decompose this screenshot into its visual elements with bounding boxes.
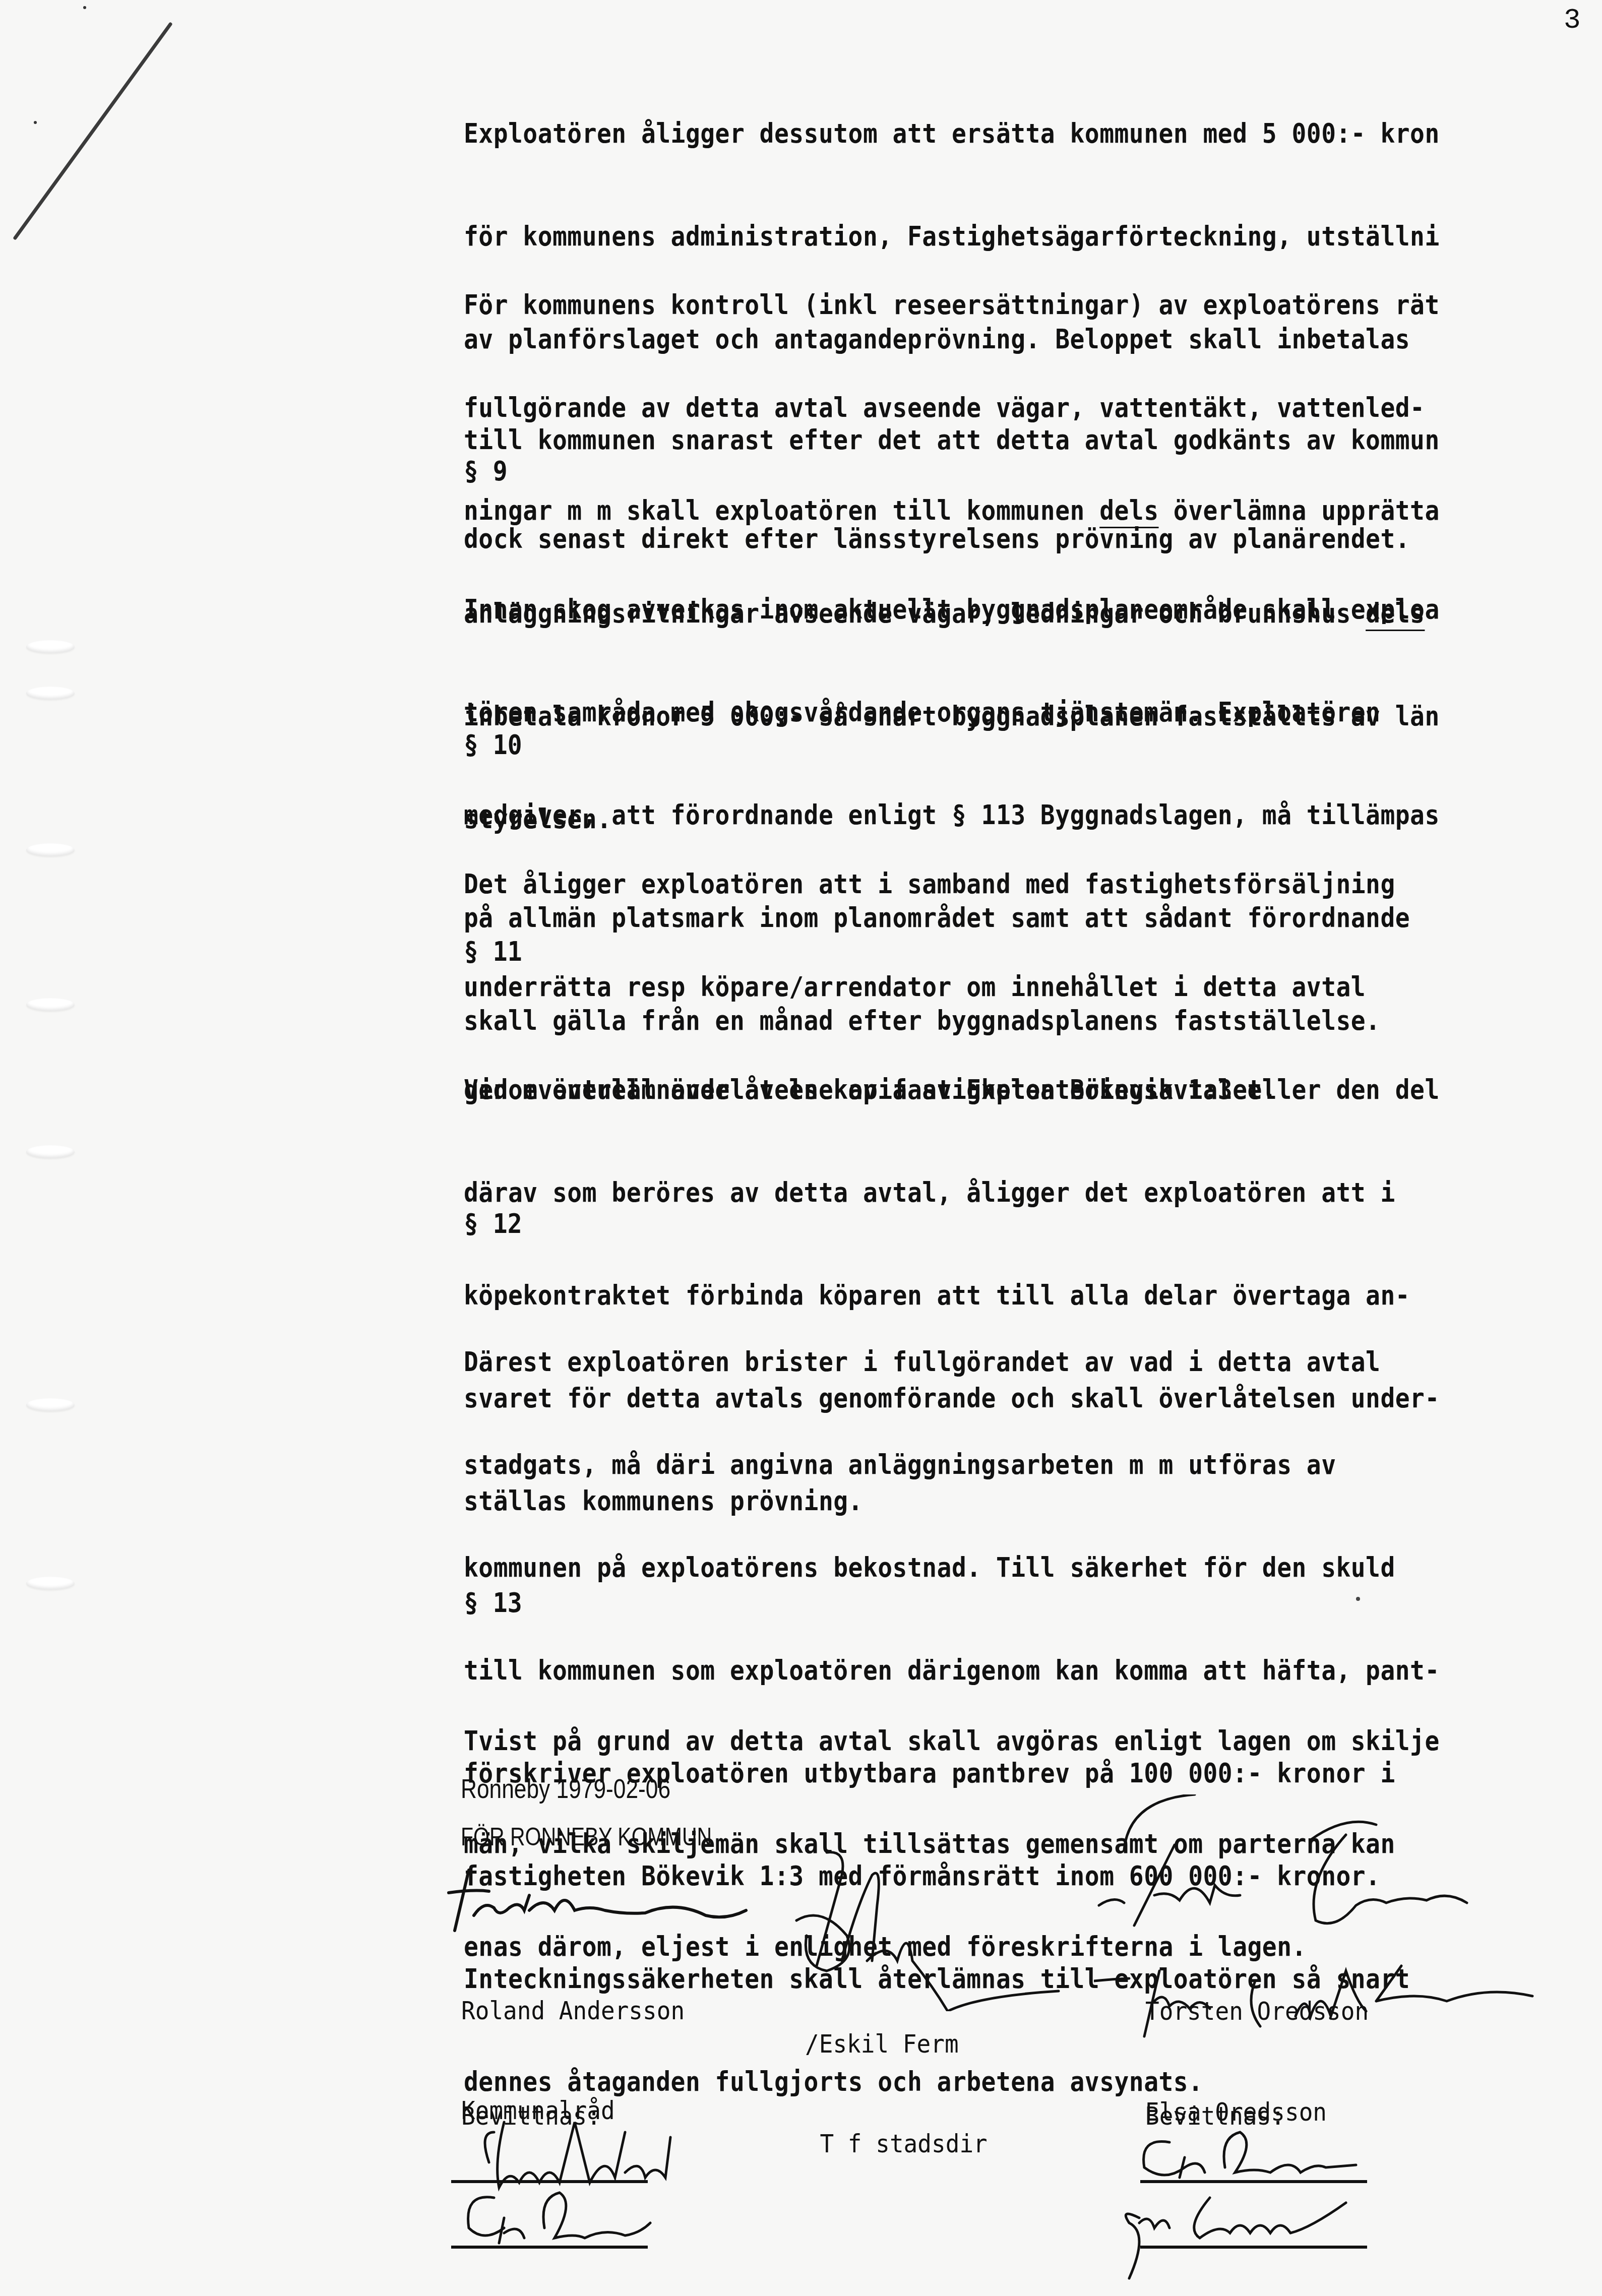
text-line: Exploatören åligger dessutom att ersätta…	[464, 117, 1486, 151]
text-line: underrätta resp köpare/arrendator om inn…	[464, 970, 1486, 1005]
margin-pen-stroke	[0, 0, 252, 302]
section-heading-11: § 11	[464, 937, 522, 967]
punch-hole	[26, 1145, 75, 1158]
text-line: Därest exploatören brister i fullgörande…	[464, 1345, 1486, 1380]
text-line: tören samråda med skogsvårdande organs t…	[464, 696, 1486, 730]
ink-speck	[1356, 1597, 1360, 1601]
section-heading-10: § 10	[464, 730, 522, 761]
witness-signature-left-2	[454, 2188, 665, 2248]
punch-hole	[26, 843, 75, 856]
witness-signature-line	[1140, 2180, 1367, 2183]
punch-hole	[26, 1398, 75, 1411]
place-and-date: Ronneby 1979-02-06	[461, 1773, 670, 1805]
signatory-name: Roland Andersson	[461, 1994, 685, 2027]
punch-hole	[26, 1577, 75, 1590]
for-municipality-caption: FÖR RONNEBY KOMMUN	[461, 1822, 712, 1851]
punch-hole	[26, 687, 75, 700]
page-number: 3	[1564, 4, 1581, 36]
text-line: Innan skog avverkas inom aktuellt byggna…	[464, 593, 1486, 627]
punch-hole	[26, 640, 75, 653]
witness-signature-line	[451, 2246, 648, 2249]
text-line: kommunen på exploatörens bekostnad. Till…	[464, 1551, 1486, 1585]
signatory-name: /Eskil Ferm	[805, 2027, 988, 2061]
witness-label-right: Bevittnas:	[1145, 2099, 1285, 2133]
text-line: Det åligger exploatören att i samband me…	[464, 867, 1486, 902]
signatory-eskil-ferm: /Eskil Ferm T f stadsdir	[805, 1961, 988, 2194]
text-line: fullgörande av detta avtal avseende väga…	[464, 391, 1486, 425]
section-heading-12: § 12	[464, 1209, 522, 1239]
text-line: För kommunens kontroll (inkl reseersättn…	[464, 288, 1486, 323]
witness-signature-right-2	[1109, 2188, 1361, 2288]
signatory-name: Torsten Oredsson	[1145, 1995, 1369, 2028]
underlined-word: dels	[1099, 495, 1158, 526]
text-span: ningar m m skall exploatören till kommun…	[464, 495, 1099, 526]
witness-label-left: Bevittnas:	[461, 2099, 601, 2133]
signatory-elsa-oredsson: Elsa Oredsson	[1145, 2029, 1327, 2162]
punch-hole	[26, 998, 75, 1011]
section-heading-13: § 13	[464, 1588, 522, 1619]
text-span: överlämna upprätta	[1159, 495, 1440, 526]
section-heading-9: § 9	[464, 456, 508, 487]
witness-signature-line	[451, 2180, 648, 2183]
text-line: Vid eventuell överlåtelse av fastigheten…	[464, 1073, 1486, 1107]
text-line: stadgats, må däri angivna anläggningsarb…	[464, 1448, 1486, 1482]
text-line: därav som beröres av detta avtal, åligge…	[464, 1176, 1486, 1210]
text-line: Tvist på grund av detta avtal skall avgö…	[464, 1724, 1486, 1759]
witness-signature-line	[1140, 2246, 1367, 2249]
text-line: ningar m m skall exploatören till kommun…	[464, 494, 1486, 528]
signatory-title: T f stadsdir	[805, 2127, 988, 2160]
